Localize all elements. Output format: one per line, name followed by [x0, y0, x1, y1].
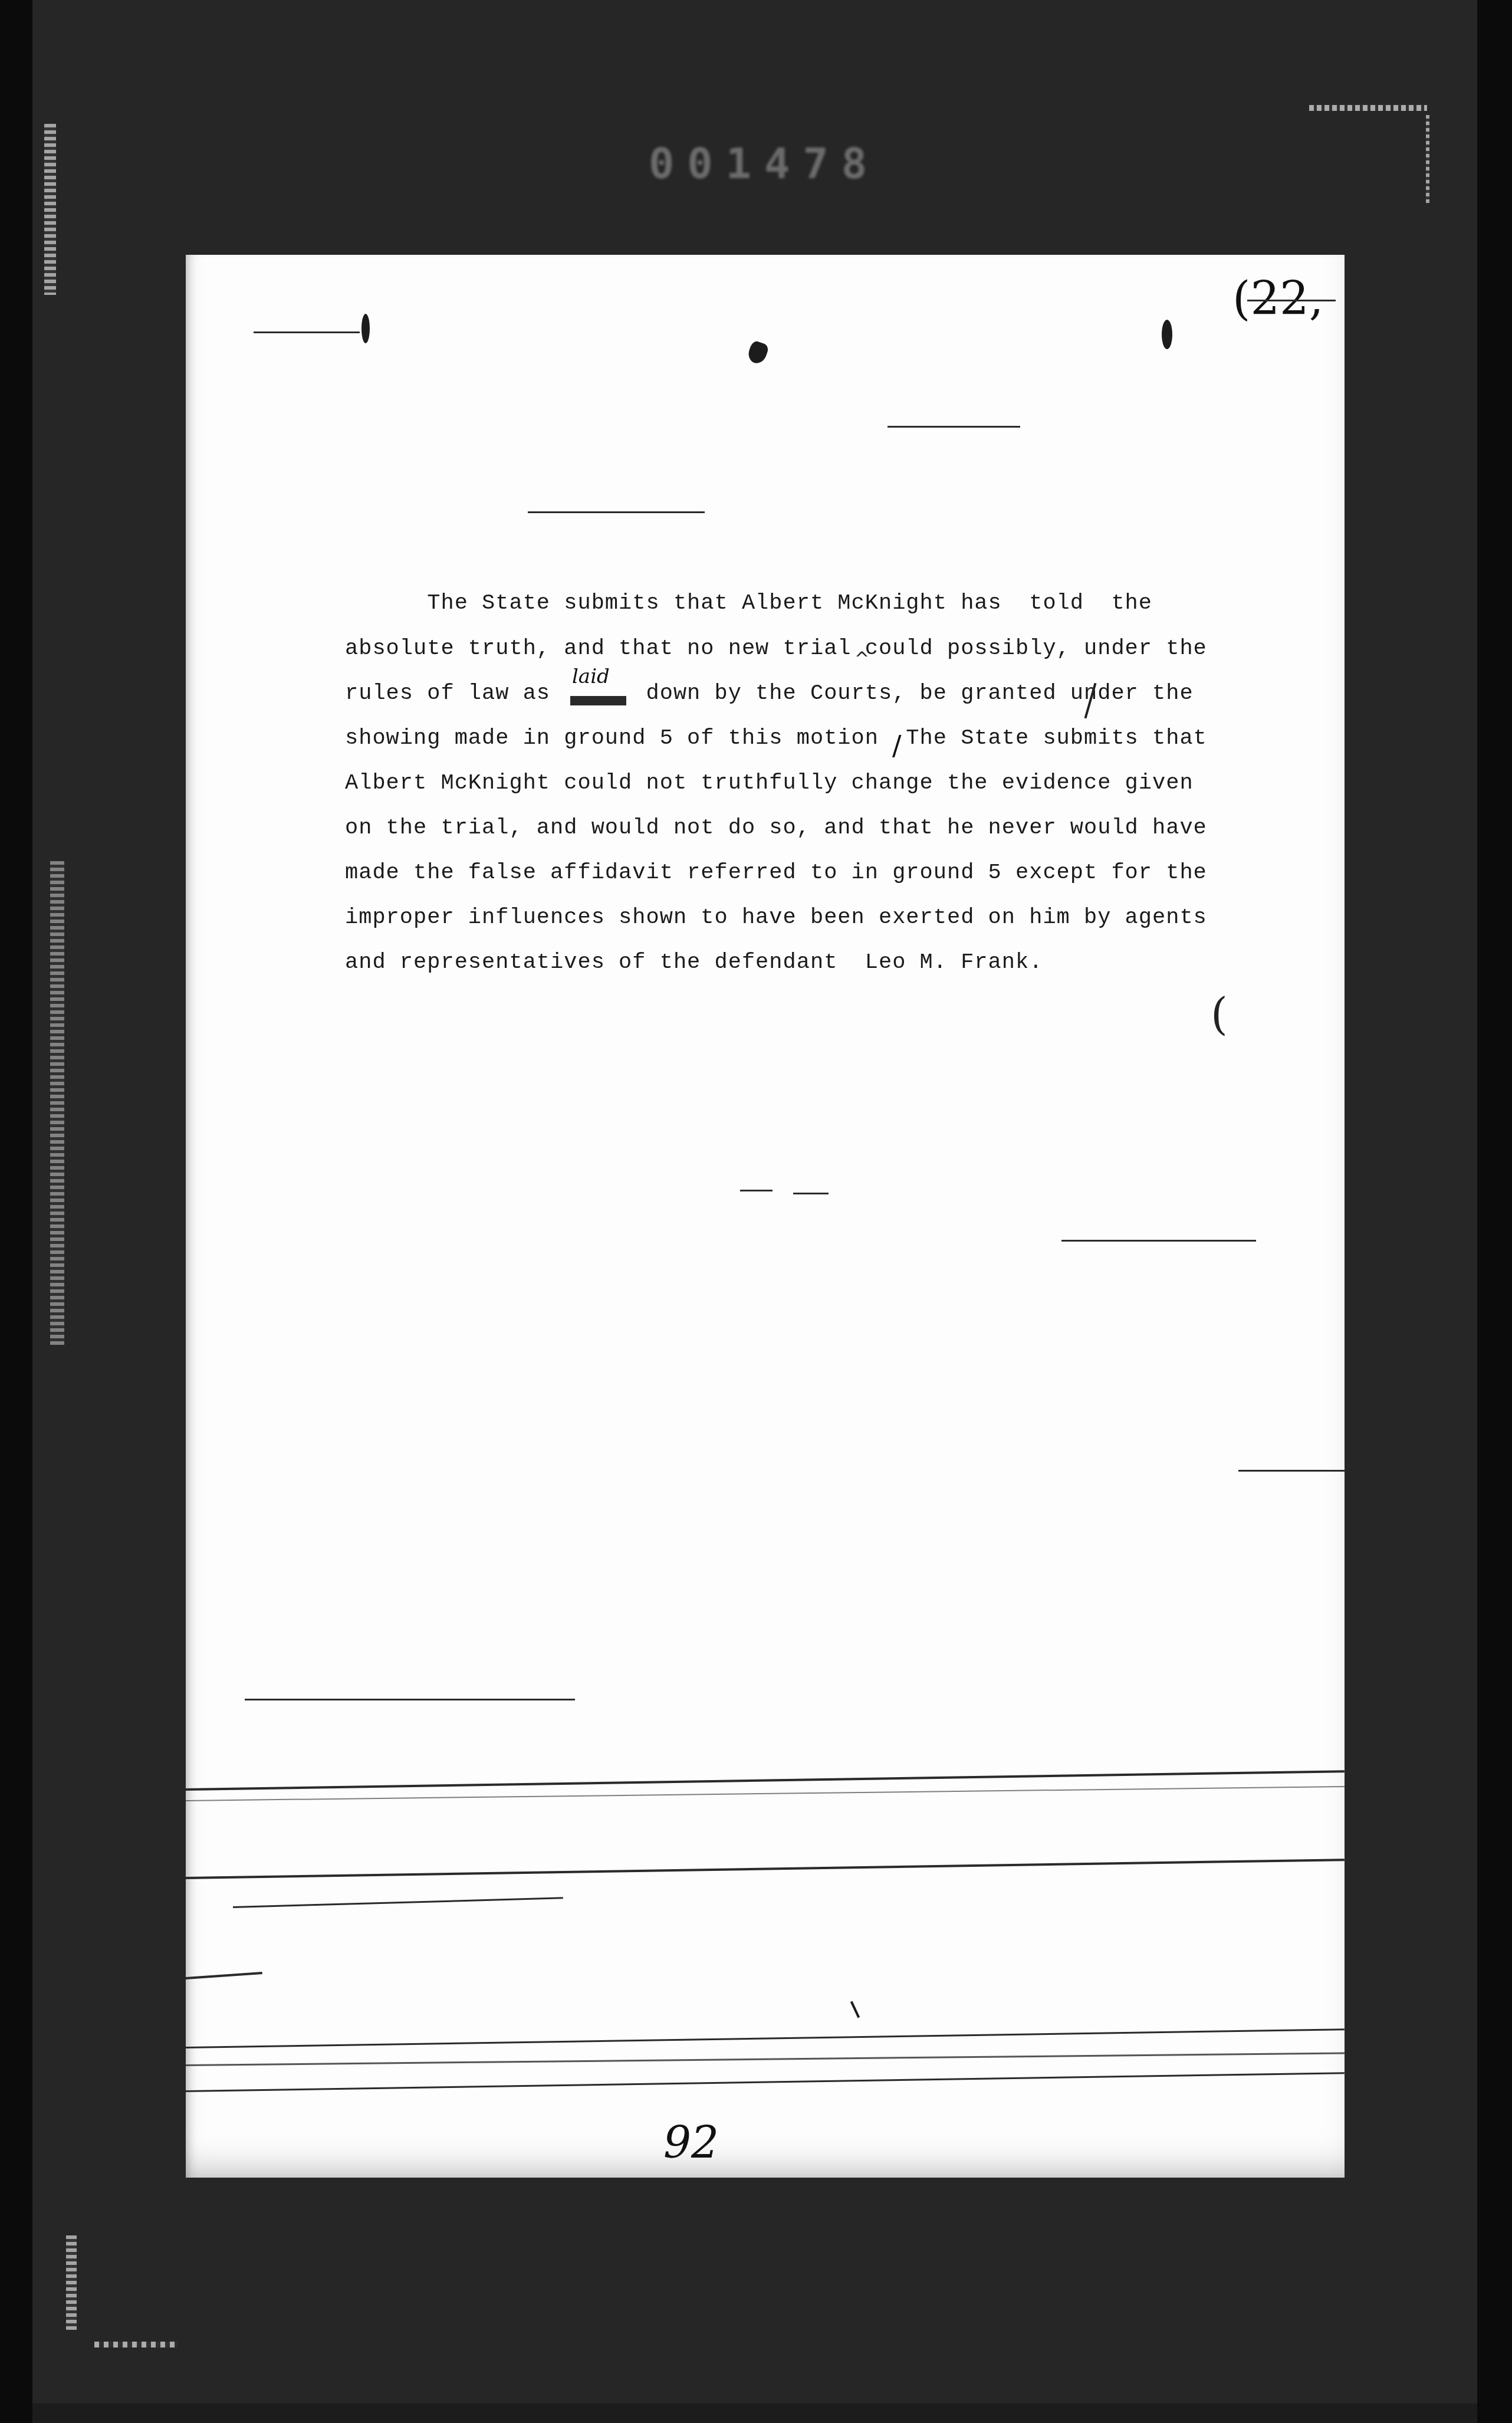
scratch-line [254, 331, 360, 333]
insertion-caret: ^ [854, 649, 869, 669]
scratch-line [233, 1897, 563, 1908]
film-edge-code [94, 2342, 177, 2348]
text-line: and representatives of the defendant Leo… [345, 950, 1043, 975]
corner-page-number: (22, [1232, 272, 1323, 326]
scratch-mark [850, 2001, 860, 2018]
scratch-line [740, 1190, 773, 1191]
film-edge-marking [66, 2235, 77, 2330]
text-line: rules of law as down by the Courts, be g… [345, 681, 1194, 706]
film-edge-marking [1309, 105, 1427, 111]
handwritten-insertion: laid [572, 665, 610, 688]
microfilm-frame-number: 001478 [649, 139, 880, 188]
text-line: on the trial, and would not do so, and t… [345, 816, 1207, 841]
text-line: made the false affidavit referred to in … [345, 861, 1207, 885]
film-edge-marking [1426, 115, 1429, 203]
scratch-line [186, 1972, 262, 1979]
scratch-line [793, 1193, 829, 1194]
film-frame-left-edge [0, 0, 32, 2423]
scratch-line [186, 1786, 1345, 1801]
scratch-line [1061, 1240, 1256, 1242]
document-page: (22, The State submits that Albert McKni… [186, 255, 1345, 2178]
struck-out-word [570, 696, 626, 705]
scratch-line [245, 1699, 575, 1700]
film-frame-bottom-edge [32, 2404, 1477, 2423]
scratch-line [528, 511, 705, 513]
film-edge-marking [44, 124, 56, 295]
film-edge-marking [50, 861, 64, 1345]
end-of-sentence-mark: / [892, 730, 902, 761]
scratch-line [186, 2028, 1345, 2048]
scratch-line [186, 2052, 1345, 2066]
ink-blot [746, 340, 770, 366]
text-line: The State submits that Albert McKnight h… [345, 591, 1152, 616]
film-frame-right-edge [1477, 0, 1512, 2423]
margin-mark: ( [1211, 989, 1228, 1040]
ink-blot [361, 314, 370, 343]
text-line: Albert McKnight could not truthfully cha… [345, 771, 1194, 796]
scratch-line [1247, 300, 1336, 301]
text-line: improper influences shown to have been e… [345, 905, 1207, 930]
footer-page-number: 92 [663, 2117, 719, 2168]
scratch-line [1238, 1470, 1345, 1472]
ink-blot [1162, 320, 1172, 349]
scratch-line [186, 1859, 1345, 1879]
text-line: absolute truth, and that no new trial co… [345, 636, 1207, 661]
scratch-line [186, 2072, 1345, 2092]
text-line: showing made in ground 5 of this motion … [345, 726, 1207, 751]
scratch-line [888, 426, 1020, 428]
